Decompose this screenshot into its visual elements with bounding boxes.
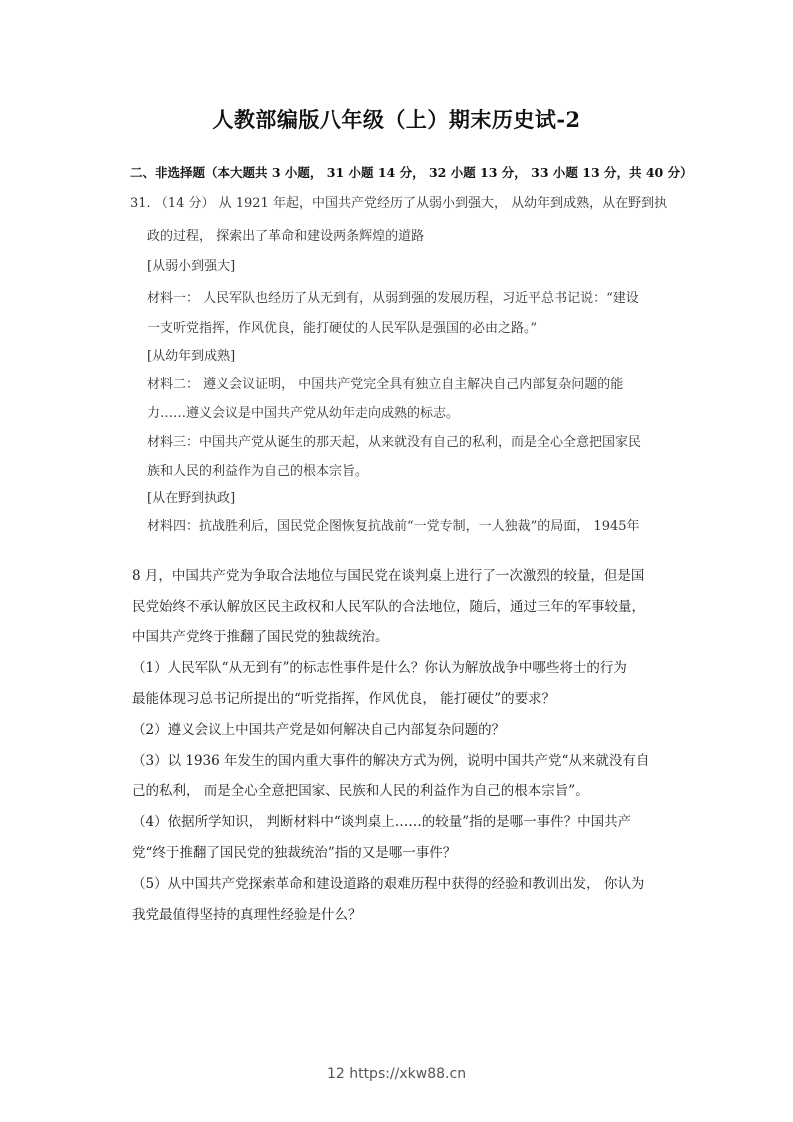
sub-question-5: 我党最值得坚持的真理性经验是什么？: [132, 903, 362, 923]
sub-question-1: （1）人民军队“从无到有”的标志性事件是什么？你认为解放战争中哪些将士的行为: [132, 656, 627, 676]
question-intro-line: 31. （14 分） 从 1921 年起，中国共产党经历了从弱小到强大， 从幼年…: [130, 192, 667, 211]
material-line: 中国共产党终于推翻了国民党的独裁统治。: [132, 625, 389, 645]
material-line: 材料二： 遵义会议证明， 中国共产党完全具有独立自主解决自己内部复杂问题的能: [147, 373, 623, 392]
subsection-heading: [从在野到执政]: [147, 487, 235, 506]
subsection-heading: [从弱小到强大]: [147, 255, 235, 274]
page-footer: 12 https://xkw88.cn: [0, 1066, 793, 1082]
material-line: 材料四：抗战胜利后，国民党企图恢复抗战前“一党专制，一人独裁”的局面， 1945…: [147, 515, 640, 534]
sub-question-1: 最能体现习总书记所提出的“听党指挥，作风优良， 能打硬仗”的要求？: [132, 687, 555, 707]
sub-question-4: （4）依据所学知识， 判断材料中“谈判桌上……的较量”指的是哪一事件？中国共产: [132, 810, 631, 830]
question-intro-line: 政的过程， 探索出了革命和建设两条辉煌的道路: [147, 225, 424, 244]
material-line: 材料三：中国共产党从诞生的那天起，从来就没有自己的私利，而是全心全意把国家民: [147, 431, 641, 450]
material-line: 民党始终不承认解放区民主政权和人民军队的合法地位，随后，通过三年的军事较量，: [132, 595, 645, 615]
section-heading: 二、非选择题（本大题共 3 小题， 31 小题 14 分， 32 小题 13 分…: [130, 163, 693, 181]
material-line: 一支听党指挥，作风优良，能打硬仗的人民军队是强国的必由之路。”: [147, 317, 537, 336]
subsection-heading: [从幼年到成熟]: [147, 345, 235, 364]
material-line: 材料一： 人民军队也经历了从无到有，从弱到强的发展历程，习近平总书记说：“建设: [147, 287, 639, 306]
page-title: 人教部编版八年级（上）期末历史试-2: [0, 104, 793, 134]
sub-question-3: （3）以 1936 年发生的国内重大事件的解决方式为例，说明中国共产党“从来就没…: [132, 749, 649, 769]
sub-question-2: （2）遵义会议上中国共产党是如何解决自己内部复杂问题的？: [132, 718, 505, 738]
material-line: 力……遵义会议是中国共产党从幼年走向成熟的标志。: [147, 402, 459, 421]
sub-question-5: （5）从中国共产党探索革命和建设道路的艰难历程中获得的经验和教训出发， 你认为: [132, 872, 644, 892]
sub-question-3: 己的私利， 而是全心全意把国家、民族和人民的利益作为自己的根本宗旨”。: [132, 779, 589, 799]
material-line: 族和人民的利益作为自己的根本宗旨。: [147, 460, 368, 479]
material-line: 8 月，中国共产党为争取合法地位与国民党在谈判桌上进行了一次激烈的较量，但是国: [132, 564, 644, 584]
sub-question-4: 党“终于推翻了国民党的独裁统治”指的又是哪一事件？: [132, 841, 456, 861]
